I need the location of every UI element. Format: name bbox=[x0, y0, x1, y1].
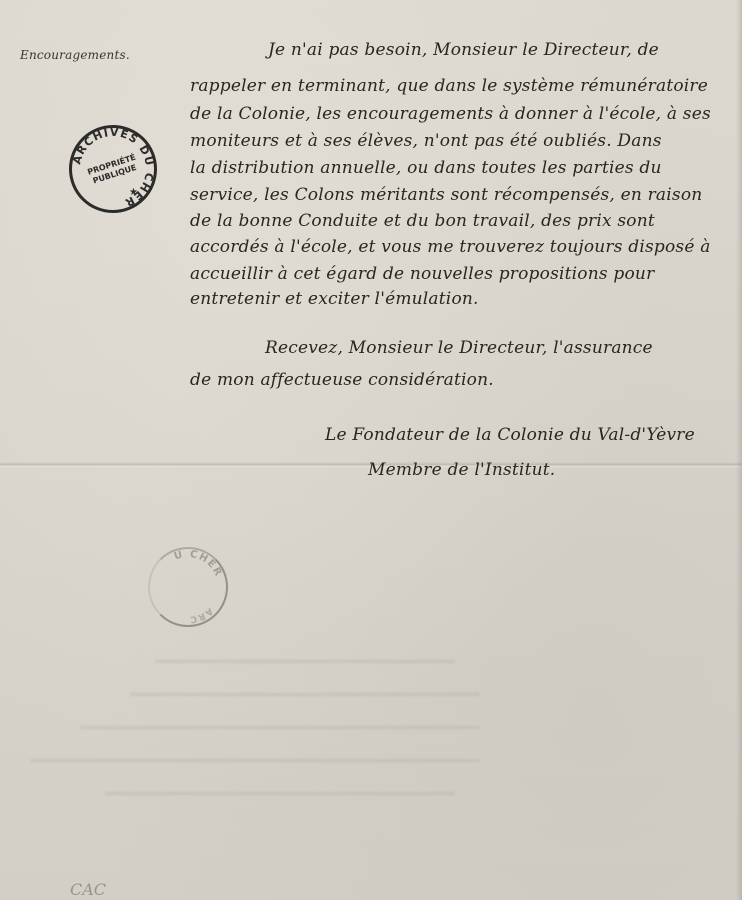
letter-line: accueillir à cet égard de nouvelles prop… bbox=[190, 264, 654, 284]
stamp-ring-text-icon: ARCHIVES DU CHER ★ PROPRIÉTÉ PUBLIQUE bbox=[69, 125, 157, 213]
closing-line: Recevez, Monsieur le Directeur, l'assura… bbox=[265, 338, 653, 358]
letter-line: entretenir et exciter l'émulation. bbox=[190, 289, 479, 309]
letter-line: de la bonne Conduite et du bon travail, … bbox=[190, 211, 655, 231]
signature-line: Le Fondateur de la Colonie du Val-d'Yèvr… bbox=[325, 425, 695, 445]
letter-line: Je n'ai pas besoin, Monsieur le Directeu… bbox=[268, 40, 659, 60]
page-edge-shadow bbox=[736, 0, 742, 900]
letter-line: la distribution annuelle, ou dans toutes… bbox=[190, 158, 662, 178]
faded-stamp-ring-icon: U CHER ARC bbox=[148, 547, 228, 627]
signature-line: Membre de l'Institut. bbox=[368, 460, 555, 480]
letter-line: accordés à l'école, et vous me trouverez… bbox=[190, 237, 711, 257]
letter-line: service, les Colons méritants sont récom… bbox=[190, 185, 702, 205]
letter-line: de la Colonie, les encouragements à donn… bbox=[190, 104, 711, 124]
margin-note: Encouragements. bbox=[20, 48, 130, 62]
reverse-side-bleed-through bbox=[30, 660, 530, 850]
faded-archive-stamp: U CHER ARC bbox=[148, 547, 228, 627]
svg-text:ARC: ARC bbox=[188, 605, 214, 624]
letter-line: rappeler en terminant, que dans le systè… bbox=[190, 76, 708, 96]
faint-pencil-mark: CAC bbox=[70, 880, 106, 899]
archives-du-cher-stamp: ARCHIVES DU CHER ★ PROPRIÉTÉ PUBLIQUE bbox=[69, 125, 157, 213]
star-icon: ★ bbox=[129, 187, 138, 198]
closing-line: de mon affectueuse considération. bbox=[190, 370, 494, 390]
svg-text:U CHER: U CHER bbox=[173, 549, 224, 579]
letter-line: moniteurs et à ses élèves, n'ont pas été… bbox=[190, 131, 662, 151]
document-page: Encouragements. ARCHIVES DU CHER ★ PROPR… bbox=[0, 0, 742, 900]
